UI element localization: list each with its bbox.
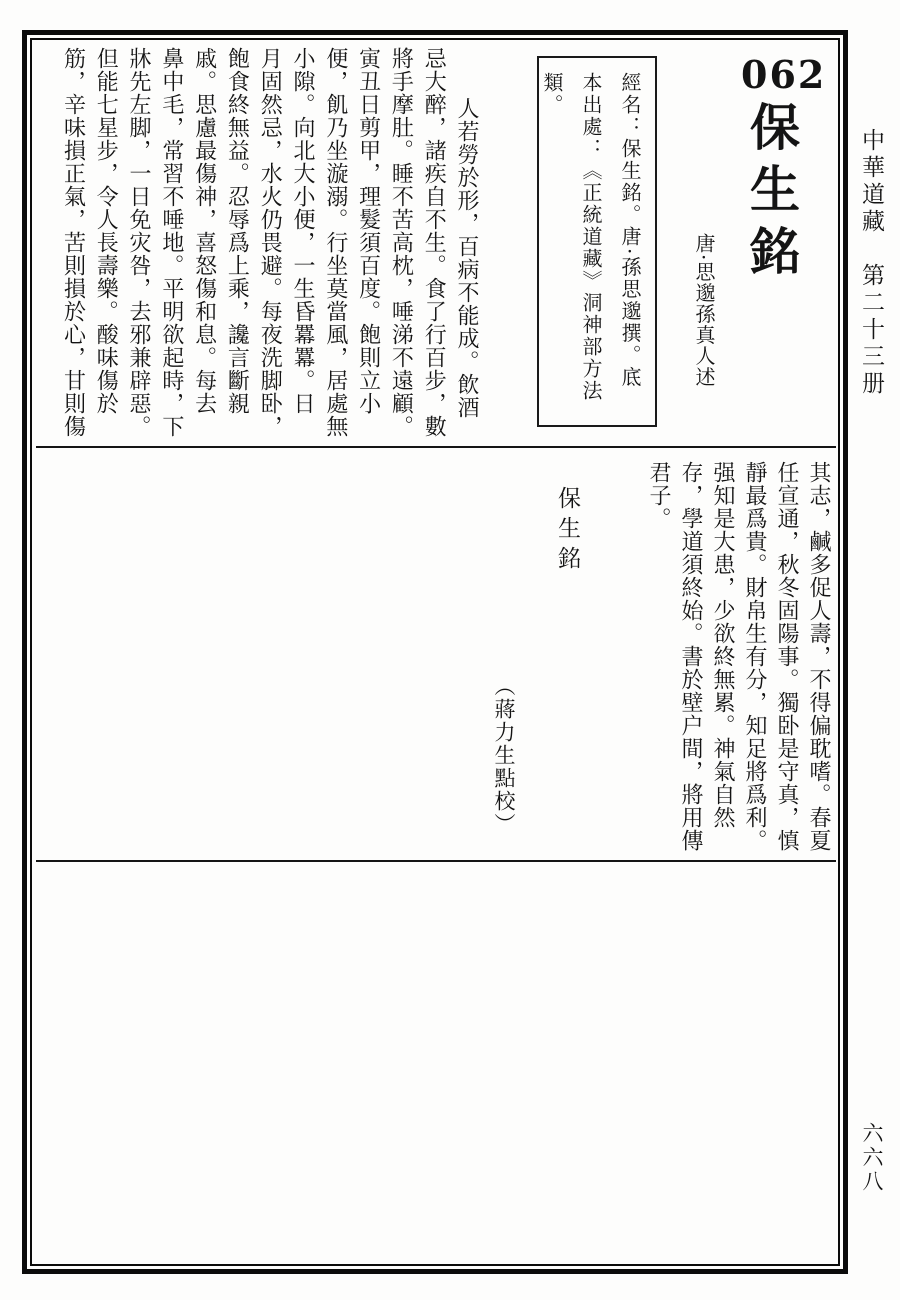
body-column: 寅丑日剪甲，理髮須百度。飽則立小 xyxy=(351,47,384,445)
body-column: 君子。 xyxy=(642,461,674,857)
body-column: 將手摩肚。睡不苦高枕，唾涕不遠顧。 xyxy=(384,47,417,445)
body-column: 其志，鹹多促人壽，不得偏耽嗜。春夏 xyxy=(802,461,834,857)
abstract-column: 本出處：《正統道藏》洞神部方法 xyxy=(571,72,610,416)
body-column: 人若勞於形，百病不能成。飲酒 xyxy=(449,47,482,445)
body-column: 牀先左脚，一日免灾咎，去邪兼辟惡。 xyxy=(121,47,154,445)
body-column: 小隙。向北大小便，一生昏羃羃。日 xyxy=(285,47,318,445)
body-column: 任宣通，秋冬固陽事。獨卧是守真，慎 xyxy=(770,461,802,857)
closing-title: 保生銘 xyxy=(552,486,582,576)
body-column: 存，學道須終始。書於壁户間，將用傳 xyxy=(674,461,706,857)
body-section-2: 其志，鹹多促人壽，不得偏耽嗜。春夏 任宣通，秋冬固陽事。獨卧是守真，慎 靜最爲貴… xyxy=(641,461,834,857)
document-title: 保生銘 xyxy=(740,101,802,287)
edition-volume-label: 中華道藏 第二十三册 xyxy=(856,128,886,398)
body-column: 戚。思慮最傷神，喜怒傷和息。每去 xyxy=(187,47,220,445)
abstract-text: 經名：保生銘。唐·孫思邈撰。底 本出處：《正統道藏》洞神部方法 類。 xyxy=(532,72,649,416)
body-column: 月固然忌，水火仍畏避。每夜洗脚卧， xyxy=(252,47,285,445)
editor-note: （蔣力生點校） xyxy=(489,675,519,836)
abstract-column: 類。 xyxy=(532,72,571,416)
document-number: 062 xyxy=(741,52,811,97)
body-column: 飽食終無益。忍辱爲上乘，讒言斷親 xyxy=(220,47,253,445)
document-byline: 唐·思邈孫真人述 xyxy=(689,233,719,387)
body-column: 便，飢乃坐漩溺。行坐莫當風，居處無 xyxy=(318,47,351,445)
folio-number: 六六八 xyxy=(858,1122,886,1194)
abstract-box: 經名：保生銘。唐·孫思邈撰。底 本出處：《正統道藏》洞神部方法 類。 xyxy=(537,56,657,427)
section-divider-2 xyxy=(36,860,836,862)
body-column: 筋，辛味損正氣，苦則損於心，甘則傷 xyxy=(56,47,89,445)
body-column: 靜最爲貴。財帛生有分，知足將爲利。 xyxy=(738,461,770,857)
body-column: 忌大醉，諸疾自不生。食了行百步，數 xyxy=(416,47,449,445)
section-divider-1 xyxy=(36,446,836,448)
body-column: 但能七星步，令人長壽樂。酸味傷於 xyxy=(88,47,121,445)
body-column: 鼻中毛，常習不唾地。平明欲起時，下 xyxy=(154,47,187,445)
body-section-1: 人若勞於形，百病不能成。飲酒 忌大醉，諸疾自不生。食了行百步，數 將手摩肚。睡不… xyxy=(54,47,482,445)
body-column: 强知是大患，少欲終無累。神氣自然 xyxy=(706,461,738,857)
abstract-column: 經名：保生銘。唐·孫思邈撰。底 xyxy=(610,72,649,416)
scanned-page: 062 保生銘 唐·思邈孫真人述 經名：保生銘。唐·孫思邈撰。底 本出處：《正統… xyxy=(0,0,900,1300)
